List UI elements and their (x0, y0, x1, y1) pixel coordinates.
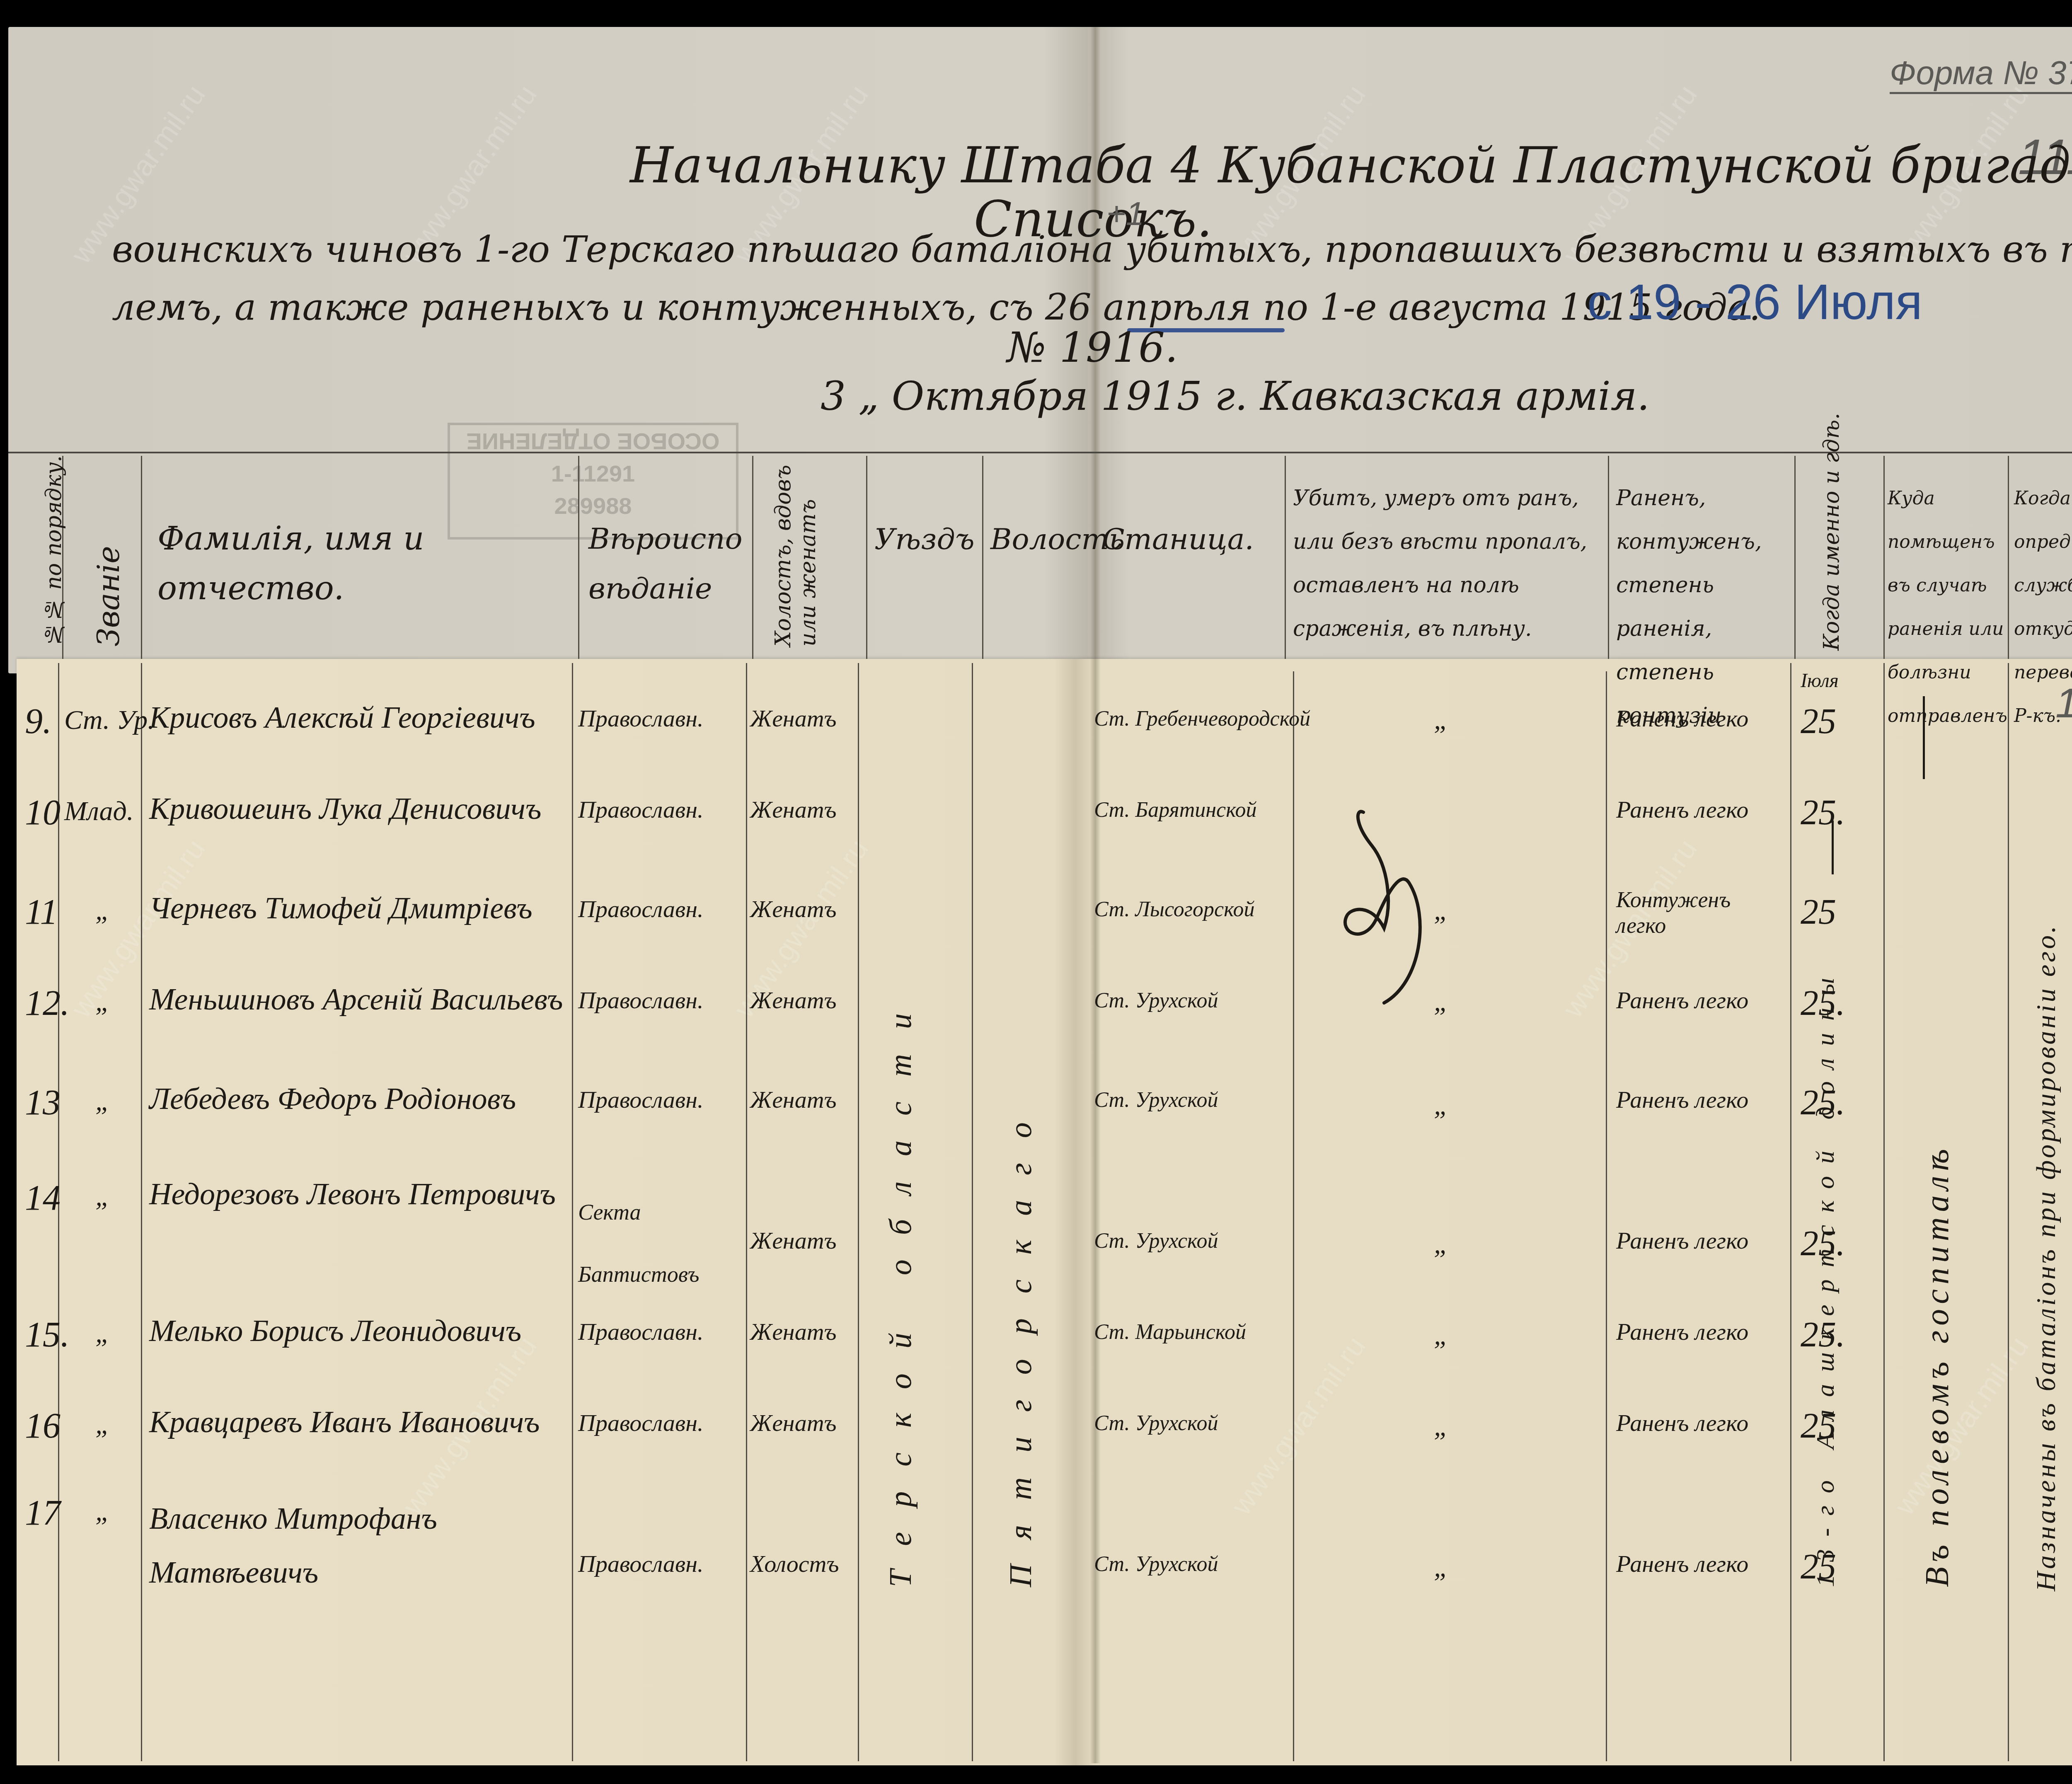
row-name: Меньшиновъ Арсеній Васильевъ (149, 982, 563, 1017)
row-marital: Женатъ (750, 1086, 837, 1113)
month-header: Іюля (1801, 669, 1839, 692)
table-top-border (8, 452, 2072, 453)
form-label: Форма № 37 (1890, 54, 2072, 94)
row-rank: „ (95, 1409, 111, 1440)
document-number: № 1916. (1007, 323, 1178, 372)
row-wound: Раненъ легко (1616, 1086, 1748, 1113)
header-marital-status: Холостъ, вдовъ или женатъ (771, 456, 845, 646)
row-number: 13 (25, 1082, 61, 1123)
col-divider (1293, 671, 1294, 1761)
row-wound: Раненъ легко (1616, 796, 1748, 823)
row-day: 25. (1801, 792, 1845, 833)
row-religion: Православн. (578, 986, 704, 1014)
row-stanitsa: Ст. Урухской (1094, 1552, 1218, 1576)
header-col-divider (1883, 456, 1885, 659)
row-number: 16 (25, 1405, 61, 1446)
row-stanitsa: Ст. Гребенчевородской (1094, 707, 1310, 731)
col-divider (972, 663, 973, 1761)
row-stanitsa: Ст. Барятинской (1094, 798, 1257, 822)
row-religion: Православн. (578, 704, 704, 732)
row-religion: Православн. (578, 1086, 704, 1113)
header-col-divider (1794, 456, 1796, 659)
row-name: Кривошеинъ Лука Денисовичъ (149, 792, 541, 827)
stamp-line-2: 1-11291 (450, 457, 736, 490)
row-name: Недорезовъ Левонъ Петровичъ (149, 1177, 556, 1212)
header-col-divider (752, 456, 753, 659)
row-name: Черневъ Тимофей Дмитріевъ (149, 891, 533, 926)
header-religion: Вѣроисповѣданіе (588, 514, 750, 613)
row-marital: Женатъ (750, 796, 837, 823)
header-uezd: Уѣздъ (874, 522, 975, 556)
row-stanitsa: Ст. Лысогорской (1094, 897, 1255, 922)
row-marital: Женатъ (750, 895, 837, 923)
note-uezd: Терской области (883, 738, 919, 1587)
row-wound: Раненъ легко (1616, 1550, 1748, 1578)
col-divider (1790, 663, 1791, 1761)
row-religion: Православн. (578, 1409, 704, 1437)
header-number: №№ по порядку. (41, 472, 66, 646)
blue-date-annotation: с 19 - 26 Июля (1587, 274, 1922, 331)
row-number: 12. (25, 982, 70, 1024)
row-religion: Секта Баптистовъ (578, 1181, 744, 1305)
row-rank: „ (95, 1318, 111, 1349)
header-col-divider (982, 456, 983, 659)
row-fate: „ (1434, 704, 1449, 736)
header-rank: Званіе (91, 506, 126, 646)
row-rank: „ (95, 986, 111, 1018)
row-rank: „ (95, 1086, 111, 1117)
row-marital: Женатъ (750, 1409, 837, 1437)
signature-flourish-icon (1339, 808, 1446, 1007)
header-when-where: Когда именно и гдѣ. (1819, 477, 1844, 651)
row-marital: Холостъ (750, 1550, 839, 1578)
col-divider (1606, 671, 1607, 1761)
row-religion: Православн. (578, 796, 704, 823)
header-col-divider (1608, 456, 1609, 659)
row-wound: Контуженъ легко (1616, 887, 1753, 938)
addressee-line: Начальнику Штаба 4 Кубанской Пластунской… (630, 137, 2072, 194)
col-divider (746, 663, 747, 1761)
row-rank: Млад. (64, 796, 133, 827)
row-fate: „ (1434, 1090, 1449, 1121)
note-when-where: 13-го Алашкертской долины (1811, 850, 1840, 1587)
row-number: 11 (25, 891, 58, 932)
row-rank: „ (95, 895, 111, 927)
header-col-divider (141, 456, 142, 659)
row-wound: Раненъ легко (1616, 1227, 1748, 1254)
header-killed-missing: Убитъ, умеръ отъ ранъ, или безъ вѣсти пр… (1293, 477, 1604, 651)
row-marital: Женатъ (750, 986, 837, 1014)
note-where-placed: Въ полевомъ госпиталѣ (1919, 738, 1956, 1587)
row-name: Лебедевъ Федоръ Родіоновъ (149, 1082, 516, 1117)
header-col-divider (866, 456, 867, 659)
note-enlisted: Назначены въ баталіонъ при формированіи … (2031, 713, 2072, 1591)
row-fate: „ (1434, 1229, 1449, 1260)
col-divider (572, 663, 573, 1761)
col-divider (2008, 663, 2009, 1761)
row-marital: Женатъ (750, 704, 837, 732)
row-number: 17 (25, 1492, 61, 1533)
row-stanitsa: Ст. Урухской (1094, 1088, 1218, 1112)
row-rank: „ (95, 1496, 111, 1527)
row-fate: „ (1434, 1320, 1449, 1351)
header-placed: Куда помѣщенъ въ случаѣ раненія или болѣ… (1888, 477, 2006, 738)
row-day: 25 (1801, 700, 1836, 742)
row-wound: Раненъ легко (1616, 704, 1748, 732)
col-divider (1883, 663, 1885, 1761)
row-wound: Раненъ легко (1616, 1409, 1748, 1437)
row-number: 15. (25, 1314, 70, 1355)
date-line: 3 „ Октября 1915 г. Кавказская армія. (821, 373, 1650, 419)
row-stanitsa: Ст. Урухской (1094, 1229, 1218, 1253)
header-wounded: Раненъ, контуженъ, степень раненія, степ… (1616, 477, 1790, 738)
row-religion: Православн. (578, 895, 704, 923)
header-col-divider (2008, 456, 2009, 659)
row-religion: Православн. (578, 1318, 704, 1346)
row-name: Мелько Борисъ Леонидовичъ (149, 1314, 521, 1349)
header-col-divider (578, 456, 579, 659)
row-fate: „ (1434, 1552, 1449, 1583)
row-rank: Ст. Ур. (64, 704, 155, 736)
title-annotation: +1 (1106, 195, 1144, 233)
note-volost: Пятигорскаго (1003, 779, 1039, 1587)
row-name: Власенко Митрофанъ Матвѣевичъ (149, 1492, 439, 1600)
col-divider (141, 663, 142, 1761)
row-marital: Женатъ (750, 1318, 837, 1346)
row-stanitsa: Ст. Урухской (1094, 988, 1218, 1013)
row-number: 9. (25, 700, 52, 742)
header-name: Фамилія, имя и отчество. (157, 514, 568, 613)
row-religion: Православн. (578, 1550, 704, 1578)
note-stroke (1832, 821, 1834, 874)
row-fate: „ (1434, 1411, 1449, 1443)
header-stanitsa: Станица. (1102, 522, 1254, 556)
row-rank: „ (95, 1181, 111, 1213)
row-name: Крисовъ Алексѣй Георгіевичъ (149, 700, 535, 736)
row-number: 10 (25, 792, 61, 833)
row-wound: Раненъ легко (1616, 1318, 1748, 1346)
subtitle-line-2: лемъ, а также раненыхъ и контуженныхъ, с… (112, 286, 1761, 329)
row-wound: Раненъ легко (1616, 986, 1748, 1014)
row-marital: Женатъ (750, 1227, 837, 1254)
subtitle-line-1: воинскихъ чиновъ 1-го Терскаго пѣшаго ба… (112, 228, 2072, 271)
row-name: Кравцаревъ Иванъ Ивановичъ (149, 1405, 540, 1440)
row-stanitsa: Ст. Марьинской (1094, 1320, 1246, 1344)
note-stroke (1923, 696, 1925, 779)
row-number: 14 (25, 1177, 61, 1218)
col-divider (858, 663, 859, 1761)
row-stanitsa: Ст. Урухской (1094, 1411, 1218, 1435)
header-col-divider (1285, 456, 1286, 659)
